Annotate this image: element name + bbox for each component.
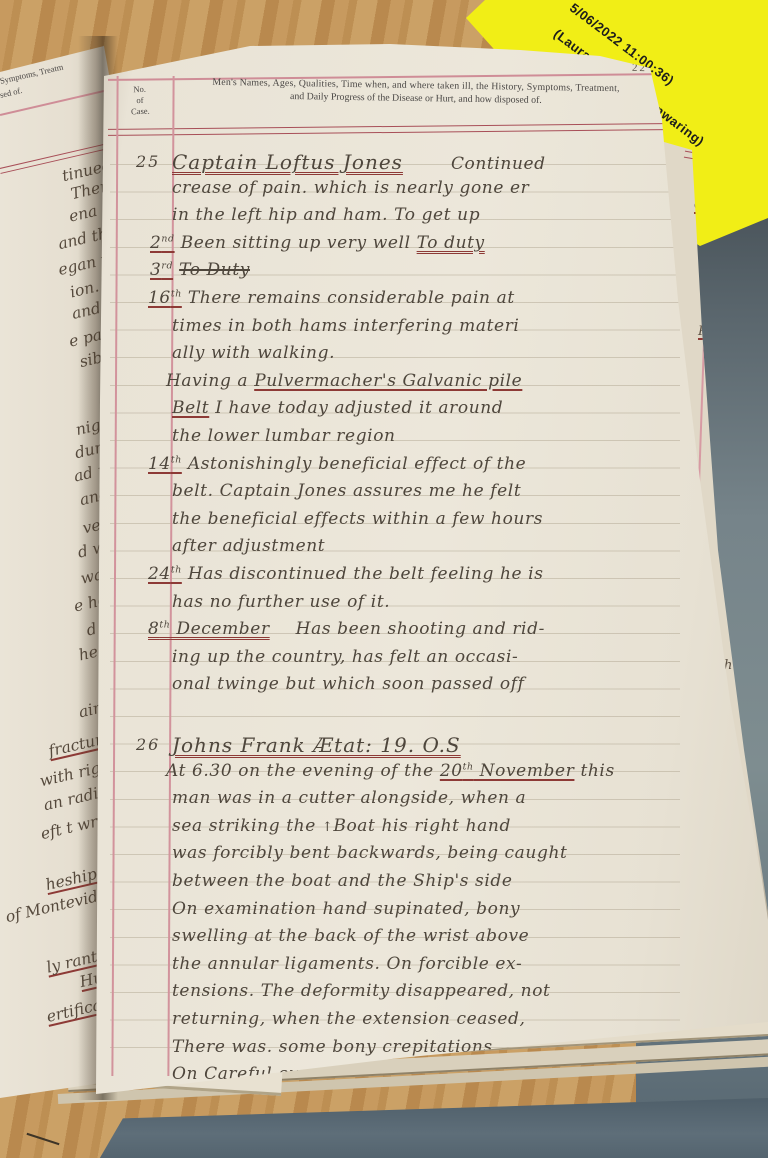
hw-line: after adjustment [172,536,684,564]
handwriting-segment: returning, when the extension ceased, [172,1009,526,1029]
handwriting-segment: 16th [148,288,182,308]
hw-line: ing up the country, has felt an occasi- [172,647,684,675]
handwriting-segment: Captain Loftus Jones [172,150,403,174]
hw-line: Captain Loftus JonesContinued [172,150,684,178]
handwriting-segment: I have today adjusted it around [209,398,503,418]
hw-line: On examination hand supinated, bony [172,899,684,927]
case-entry-25: 25Captain Loftus JonesContinuedcrease of… [172,150,684,702]
handwriting-segment: Pulvermacher's Galvanic pile [254,371,522,391]
hw-line: the beneficial effects within a few hour… [172,509,684,537]
handwriting-segment: 8th [148,619,170,639]
handwriting-segment: the lower lumbar region [172,426,396,446]
handwriting-segment: December [170,619,269,639]
handwriting-segment: times in both hams interfering materi [172,316,519,336]
hw-line: in the left hip and ham. To get up [172,205,684,233]
handwriting-segment: man was in a cutter alongside, when a [172,788,526,808]
handwriting-segment: Continued [451,154,546,174]
hw-line: the annular ligaments. On forcible ex- [172,954,684,982]
hw-line: times in both hams interfering materi [172,316,684,344]
handwriting-segment: crease of pain. which is nearly gone er [172,178,529,198]
handwriting-segment: 20th [440,761,474,781]
hw-line: returning, when the extension ceased, [172,1009,684,1037]
case-number: 26 [136,735,160,754]
handwriting-segment: this [574,761,614,781]
hw-line: between the boat and the Ship's side [172,871,684,899]
handwriting-segment: There remains considerable pain at [182,288,515,308]
hw-line: sea striking the ↑Boat his right hand [172,816,684,844]
hw-line: Belt I have today adjusted it around [172,398,684,426]
handwriting-segment: ing up the country, has felt an occasi- [172,647,518,667]
debris-on-table [27,1133,60,1145]
handwriting-segment: At 6.30 on the evening of the [166,761,440,781]
hw-line: 2nd Been sitting up very well To duty [172,233,684,261]
hw-line: 8th DecemberHas been shooting and rid- [172,619,684,647]
hw-line: ally with walking. [172,343,684,371]
hw-line: belt. Captain Jones assures me he felt [172,481,684,509]
page-header-title: Men's Names, Ages, Qualities, Time when,… [176,76,656,108]
handwriting-segment: onal twinge but which soon passed off [172,674,525,694]
hw-line: tensions. The deformity disappeared, not [172,981,684,1009]
handwriting-segment: Johns Frank Ætat: 19. O.S [172,733,461,757]
handwriting-segment: Been sitting up very well [175,233,417,253]
handwriting-segment: ally with walking. [172,343,335,363]
handwriting-segment: after adjustment [172,536,325,556]
hw-line: 16th There remains considerable pain at [172,288,684,316]
hw-line: crease of pain. which is nearly gone er [172,178,684,206]
handwriting-segment: 2nd [150,233,175,253]
handwriting-segment: was forcibly bent backwards, being caugh… [172,843,567,863]
hw-line: At 6.30 on the evening of the 20th Novem… [172,761,684,789]
handwriting-segment: the beneficial effects within a few hour… [172,509,543,529]
handwriting-segment: the annular ligaments. On forcible ex- [172,954,522,974]
handwriting-segment: 3rd [150,260,173,280]
handwriting-segment: Boat his right hand [333,816,511,836]
handwriting-segment: Has been shooting and rid- [296,619,545,639]
handwriting-segment: Belt [172,398,209,418]
handwriting-segment: Having a [166,371,254,391]
handwriting-segment: November [474,761,575,781]
handwriting-segment: 14th [148,454,182,474]
photo-of-medical-journal: { "sticky_note": { "date_line": "5/06/20… [0,0,768,1158]
handwriting-segment: in the left hip and ham. To get up [172,205,480,225]
handwriting-segment: Astonishingly beneficial effect of the [182,454,527,474]
handwriting-segment: sea striking the [172,816,322,836]
hw-line: 14th Astonishingly beneficial effect of … [172,454,684,482]
handwriting-segment: swelling at the back of the wrist above [172,926,529,946]
handwriting-segment: between the boat and the Ship's side [172,871,513,891]
case-number: 25 [136,152,160,171]
hw-line: the lower lumbar region [172,426,684,454]
hw-line: has no further use of it. [172,592,684,620]
handwriting-segment: Has discontinued the belt feeling he is [182,564,544,584]
handwriting-segment: On examination hand supinated, bony [172,899,520,919]
left-page-print-fragment: Symptoms, Treatm [0,62,64,86]
hw-line: Having a Pulvermacher's Galvanic pile [172,371,684,399]
handwriting-segment: belt. Captain Jones assures me he felt [172,481,521,501]
left-page-print-fragment: sed of. [0,85,23,100]
handwriting-segment: tensions. The deformity disappeared, not [172,981,551,1001]
hw-line: 3rd To Duty [172,260,684,288]
hw-line: man was in a cutter alongside, when a [172,788,684,816]
handwriting-segment: has no further use of it. [172,592,390,612]
hw-line: swelling at the back of the wrist above [172,926,684,954]
book-cover-bottom [0,1098,768,1158]
handwriting-segment: To Duty [179,260,250,280]
handwriting-segment: ↑ [322,820,334,835]
handwriting-segment: To duty [417,233,485,253]
case-column-header: No. of Case. [113,83,166,118]
hw-line: was forcibly bent backwards, being caugh… [172,843,684,871]
handwriting-segment: 24th [148,564,182,584]
hw-line: onal twinge but which soon passed off [172,674,684,702]
hw-line: 24th Has discontinued the belt feeling h… [172,564,684,592]
journal-page: 22 No. of Case. Men's Names, Ages, Quali… [88,36,768,1116]
hw-line: Johns Frank Ætat: 19. O.S [172,733,684,761]
handwriting-segment: There was. some bony crepitations [172,1037,493,1057]
header-double-rule [108,123,666,136]
